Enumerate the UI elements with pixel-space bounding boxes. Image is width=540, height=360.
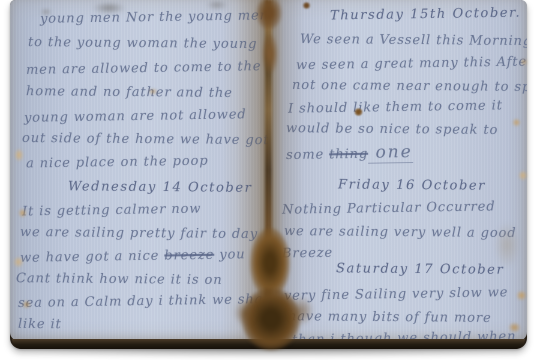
handwritten-line: to the young woman the young — [28, 35, 257, 52]
handwritten-line: we seen a great many this Afternoon — [296, 54, 527, 73]
handwritten-line: I should like them to come it — [288, 98, 503, 116]
emphasized-word: one — [368, 142, 413, 164]
entry-date-heading: Friday 16 October — [338, 177, 486, 193]
handwritten-line: young woman are not allowed — [24, 107, 247, 125]
left-page: young men Nor the young men to the young… — [10, 0, 268, 341]
binding-crease — [265, 0, 272, 341]
entry-date-heading: Thursday 15th October. — [330, 5, 521, 23]
line-text: we have got a nice — [20, 249, 165, 266]
struck-word: thing — [329, 147, 368, 163]
handwritten-line: like it — [18, 317, 62, 332]
entry-date-heading: Saturday 17 October — [336, 261, 504, 277]
right-page: Thursday 15th October. We seen a Vessell… — [268, 0, 527, 341]
entry-date-heading: Wednesday 14 October — [68, 179, 253, 196]
handwritten-line: Cant think how nice it is on — [16, 271, 223, 288]
photo-background: young men Nor the young men to the young… — [0, 0, 540, 360]
handwritten-line-with-strikethrough: some thing one — [286, 145, 413, 163]
struck-word: breeze — [164, 248, 214, 264]
handwritten-line: have many bits of fun more — [288, 309, 492, 326]
handwritten-line: sea on a Calm day i think we shall — [18, 292, 268, 311]
handwritten-line-with-strikethrough: we have got a nice breeze you — [20, 247, 246, 266]
handwritten-line: home and no father and the — [26, 84, 233, 101]
handwritten-line: we are sailing pretty fair to day — [20, 225, 258, 242]
handwritten-line: out side of the home we have got — [22, 131, 268, 148]
handwritten-line: Nothing Particular Occurred — [282, 199, 496, 217]
diary-book-spread: young men Nor the young men to the young… — [10, 0, 527, 349]
handwritten-line: not one came near enough to speak — [292, 78, 527, 95]
handwritten-line: would be so nice to speak to — [286, 121, 498, 138]
handwritten-line: very fine Sailing very slow we — [284, 285, 509, 304]
gutter-shadow-left — [236, 0, 268, 341]
gutter-shadow-right — [272, 0, 304, 341]
handwritten-line: We seen a Vessell this Morning — [300, 32, 527, 49]
handwritten-line: men are allowed to come to the — [26, 59, 262, 78]
handwritten-line: It is getting calmer now — [22, 202, 202, 220]
handwritten-line: young men Nor the young men — [40, 8, 268, 27]
handwritten-line: we are sailing very well a good — [284, 224, 517, 241]
handwritten-line: a nice place on the poop — [26, 154, 209, 172]
